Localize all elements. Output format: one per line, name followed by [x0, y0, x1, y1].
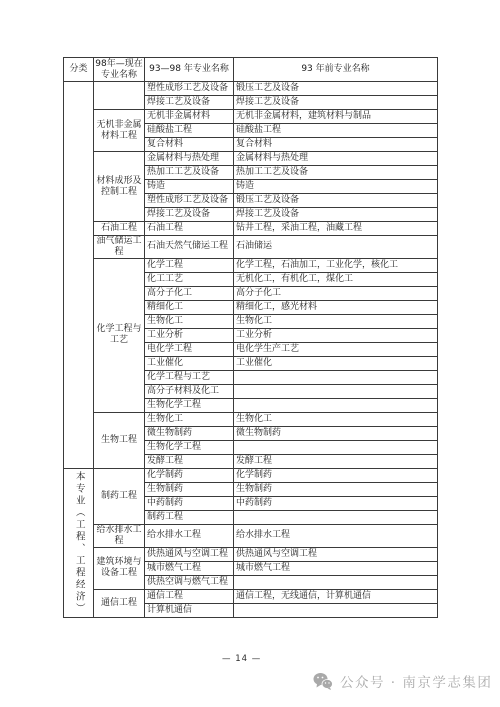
group-name-cell: 无机非金属材料工程 [94, 110, 145, 152]
major-93-98-cell: 化学工程与工艺 [145, 370, 234, 384]
major-93-98-cell: 生物化工 [145, 412, 234, 426]
major-pre-93-cell: 微生物制药 [234, 426, 438, 440]
major-pre-93-cell [234, 398, 438, 412]
table-row: 化学工程与工艺化学工程化学工程，石油加工，工业化学，核化工 [64, 258, 438, 272]
table-row: 生物工程生物化工生物化工 [64, 412, 438, 426]
table-row: 本专业（工程、工程经济）制药工程化学制药化学制药 [64, 468, 438, 482]
header-pre-93: 93 年前专业名称 [234, 58, 438, 82]
major-93-98-cell: 供热通风与空调工程 [145, 547, 234, 561]
major-pre-93-cell: 金属材料与热处理 [234, 152, 438, 166]
header-93-to-98: 93—98 年专业名称 [145, 58, 234, 82]
group-name-cell: 建筑环境与设备工程 [94, 547, 145, 589]
watermark-text: 公众号 · 南京学志集团 [340, 671, 492, 691]
major-93-98-cell: 塑性成形工艺及设备 [145, 194, 234, 208]
major-pre-93-cell: 石油储运 [234, 236, 438, 259]
major-pre-93-cell: 化学工程，石油加工，工业化学，核化工 [234, 258, 438, 272]
major-pre-93-cell [234, 370, 438, 384]
category-cell [64, 82, 94, 469]
major-pre-93-cell: 生物化工 [234, 412, 438, 426]
major-93-98-cell: 城市燃气工程 [145, 561, 234, 575]
major-93-98-cell: 金属材料与热处理 [145, 152, 234, 166]
major-93-98-cell: 中药制药 [145, 496, 234, 510]
header-category: 分类 [64, 58, 94, 82]
major-93-98-cell: 生物化工 [145, 314, 234, 328]
major-pre-93-cell: 硅酸盐工程 [234, 124, 438, 138]
group-name-cell [94, 82, 145, 110]
major-93-98-cell: 生物化学工程 [145, 440, 234, 454]
major-pre-93-cell: 复合材料 [234, 138, 438, 152]
page-number: — 14 — [222, 654, 261, 664]
table-row: 通信工程通信工程通信工程，无线通信，计算机通信 [64, 589, 438, 603]
major-pre-93-cell: 工业分析 [234, 328, 438, 342]
category-cell: 本专业（工程、工程经济） [64, 468, 94, 617]
group-name-cell: 化学工程与工艺 [94, 258, 145, 412]
major-93-98-cell: 无机非金属材料 [145, 110, 234, 124]
major-93-98-cell: 塑性成形工艺及设备 [145, 82, 234, 96]
table-row: 石油工程石油工程钻井工程，采油工程，油藏工程 [64, 222, 438, 236]
major-pre-93-cell: 钻井工程，采油工程，油藏工程 [234, 222, 438, 236]
major-pre-93-cell: 城市燃气工程 [234, 561, 438, 575]
major-pre-93-cell [234, 575, 438, 589]
major-93-98-cell: 焊接工艺及设备 [145, 208, 234, 222]
major-pre-93-cell: 通信工程，无线通信，计算机通信 [234, 589, 438, 603]
major-93-98-cell: 石油工程 [145, 222, 234, 236]
major-pre-93-cell: 高分子化工 [234, 286, 438, 300]
group-name-cell: 石油工程 [94, 222, 145, 236]
watermark: 公众号 · 南京学志集团 [313, 671, 492, 691]
wechat-icon [313, 672, 333, 690]
major-93-98-cell: 化学工程 [145, 258, 234, 272]
major-93-98-cell: 化学制药 [145, 468, 234, 482]
major-93-98-cell: 生物制药 [145, 482, 234, 496]
major-pre-93-cell: 供热通风与空调工程 [234, 547, 438, 561]
group-name-cell: 制药工程 [94, 468, 145, 524]
major-pre-93-cell: 精细化工，感光材料 [234, 300, 438, 314]
major-93-98-cell: 发酵工程 [145, 454, 234, 468]
table-row: 给水排水工程给水排水工程给水排水工程 [64, 524, 438, 547]
category-label: 本专业（工程、工程经济） [73, 471, 83, 615]
major-93-98-cell: 供热空调与燃气工程 [145, 575, 234, 589]
major-pre-93-cell: 电化学生产工艺 [234, 342, 438, 356]
group-name-cell: 通信工程 [94, 589, 145, 617]
major-pre-93-cell [234, 440, 438, 454]
group-name-cell: 生物工程 [94, 412, 145, 468]
major-pre-93-cell [234, 510, 438, 524]
major-93-98-cell: 微生物制药 [145, 426, 234, 440]
major-93-98-cell: 硅酸盐工程 [145, 124, 234, 138]
major-pre-93-cell: 无机化工，有机化工，煤化工 [234, 272, 438, 286]
major-93-98-cell: 计算机通信 [145, 603, 234, 617]
major-93-98-cell: 化工工艺 [145, 272, 234, 286]
major-pre-93-cell [234, 384, 438, 398]
table-row: 油气储运工程石油天然气储运工程石油储运 [64, 236, 438, 259]
major-pre-93-cell: 热加工工艺及设备 [234, 166, 438, 180]
major-pre-93-cell: 给水排水工程 [234, 524, 438, 547]
table-row: 无机非金属材料工程无机非金属材料无机非金属材料，建筑材料与制品 [64, 110, 438, 124]
major-pre-93-cell: 焊接工艺及设备 [234, 208, 438, 222]
major-93-98-cell: 生物化学工程 [145, 398, 234, 412]
group-name-cell: 给水排水工程 [94, 524, 145, 547]
major-93-98-cell: 制药工程 [145, 510, 234, 524]
major-93-98-cell: 通信工程 [145, 589, 234, 603]
major-93-98-cell: 复合材料 [145, 138, 234, 152]
header-98-to-now: 98年—现在 专业名称 [94, 58, 145, 82]
major-pre-93-cell: 无机非金属材料，建筑材料与制品 [234, 110, 438, 124]
group-name-cell: 油气储运工程 [94, 236, 145, 259]
major-93-98-cell: 工业催化 [145, 356, 234, 370]
major-pre-93-cell: 生物化工 [234, 314, 438, 328]
table-row: 材料成形及控制工程金属材料与热处理金属材料与热处理 [64, 152, 438, 166]
major-pre-93-cell: 锻压工艺及设备 [234, 194, 438, 208]
major-93-98-cell: 给水排水工程 [145, 524, 234, 547]
major-pre-93-cell: 发酵工程 [234, 454, 438, 468]
major-pre-93-cell: 化学制药 [234, 468, 438, 482]
major-93-98-cell: 电化学工程 [145, 342, 234, 356]
major-93-98-cell: 高分子化工 [145, 286, 234, 300]
document-page: 分类 98年—现在 专业名称 93—98 年专业名称 93 年前专业名称 塑性成… [0, 0, 500, 707]
major-93-98-cell: 铸造 [145, 180, 234, 194]
major-pre-93-cell: 焊接工艺及设备 [234, 96, 438, 110]
group-name-cell: 材料成形及控制工程 [94, 152, 145, 222]
major-93-98-cell: 热加工工艺及设备 [145, 166, 234, 180]
major-93-98-cell: 石油天然气储运工程 [145, 236, 234, 259]
major-pre-93-cell [234, 603, 438, 617]
majors-table: 分类 98年—现在 专业名称 93—98 年专业名称 93 年前专业名称 塑性成… [63, 57, 438, 618]
table-row: 建筑环境与设备工程供热通风与空调工程供热通风与空调工程 [64, 547, 438, 561]
major-93-98-cell: 精细化工 [145, 300, 234, 314]
major-pre-93-cell: 工业催化 [234, 356, 438, 370]
header-row: 分类 98年—现在 专业名称 93—98 年专业名称 93 年前专业名称 [64, 58, 438, 82]
major-93-98-cell: 工业分析 [145, 328, 234, 342]
major-pre-93-cell: 铸造 [234, 180, 438, 194]
major-pre-93-cell: 锻压工艺及设备 [234, 82, 438, 96]
major-93-98-cell: 高分子材料及化工 [145, 384, 234, 398]
major-pre-93-cell: 中药制药 [234, 496, 438, 510]
table-row: 塑性成形工艺及设备锻压工艺及设备 [64, 82, 438, 96]
table-body: 塑性成形工艺及设备锻压工艺及设备焊接工艺及设备焊接工艺及设备无机非金属材料工程无… [64, 82, 438, 618]
major-93-98-cell: 焊接工艺及设备 [145, 96, 234, 110]
major-pre-93-cell: 生物制药 [234, 482, 438, 496]
